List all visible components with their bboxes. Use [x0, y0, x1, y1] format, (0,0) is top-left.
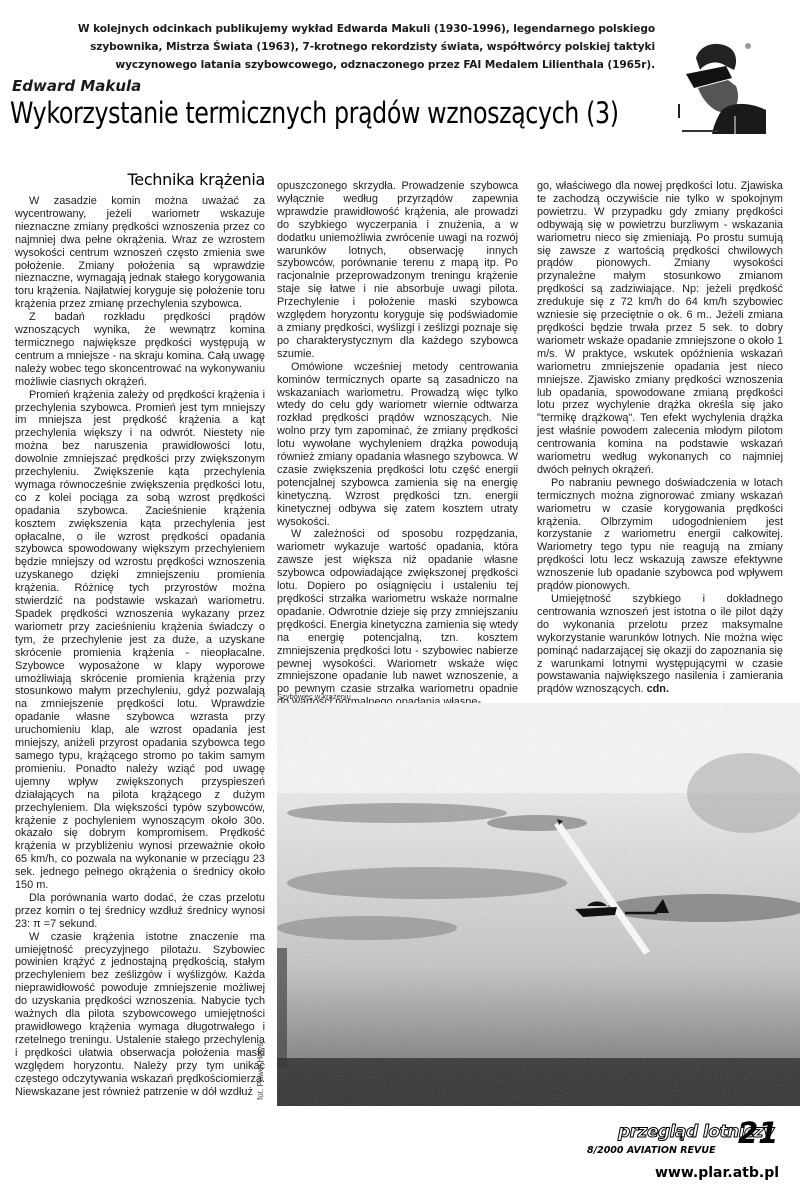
- author-portrait: [678, 30, 772, 136]
- author-name: Edward Makula: [12, 77, 141, 95]
- paragraph: Umiejętność szybkiego i dokładnego centr…: [537, 593, 783, 696]
- paragraph: W zależności od sposobu rozpędzania, war…: [277, 528, 518, 709]
- intro-paragraph: W kolejnych odcinkach publikujemy wykład…: [30, 20, 655, 74]
- issue-label: 8/2000 AVIATION REVUE: [587, 1145, 716, 1156]
- page-number: 21: [738, 1116, 778, 1150]
- photo-caption: Szybowiec w krążeniu: [277, 692, 351, 701]
- paragraph: Po nabraniu pewnego doświadczenia w lota…: [537, 477, 783, 593]
- website-url: www.plar.atb.pl: [655, 1165, 779, 1181]
- continued-mark: cdn.: [647, 683, 669, 695]
- paragraph: W zasadzie komin można uważać za wycentr…: [15, 195, 265, 311]
- paragraph: Z badań rozkładu prędkości prądów wznosz…: [15, 311, 265, 388]
- paragraph: Dla porównania warto dodać, że czas prze…: [15, 892, 265, 931]
- paragraph-text: Umiejętność szybkiego i dokładnego centr…: [537, 593, 783, 695]
- paragraph: opuszczonego skrzydła. Prowadzenie szybo…: [277, 180, 518, 361]
- text-column-3: go, właściwego dla nowej prędkości lotu.…: [537, 180, 783, 696]
- text-column-1: W zasadzie komin można uważać za wycentr…: [15, 195, 265, 1098]
- article-title: Wykorzystanie termicznych prądów wznoszą…: [10, 96, 619, 130]
- paragraph: W czasie krążenia istotne znaczenie ma u…: [15, 931, 265, 1099]
- section-heading: Technika krążenia: [15, 170, 265, 189]
- glider-photo-image-icon: [277, 703, 800, 1106]
- photo-credit: fot. Paweł Hołyś: [256, 1043, 265, 1100]
- glider-photo: [277, 703, 800, 1106]
- paragraph: go, właściwego dla nowej prędkości lotu.…: [537, 180, 783, 477]
- text-column-2: opuszczonego skrzydła. Prowadzenie szybo…: [277, 180, 518, 709]
- paragraph: Promień krążenia zależy od prędkości krą…: [15, 389, 265, 892]
- paragraph: Omówione wcześniej metody centrowania ko…: [277, 361, 518, 529]
- portrait-image-icon: [678, 30, 772, 136]
